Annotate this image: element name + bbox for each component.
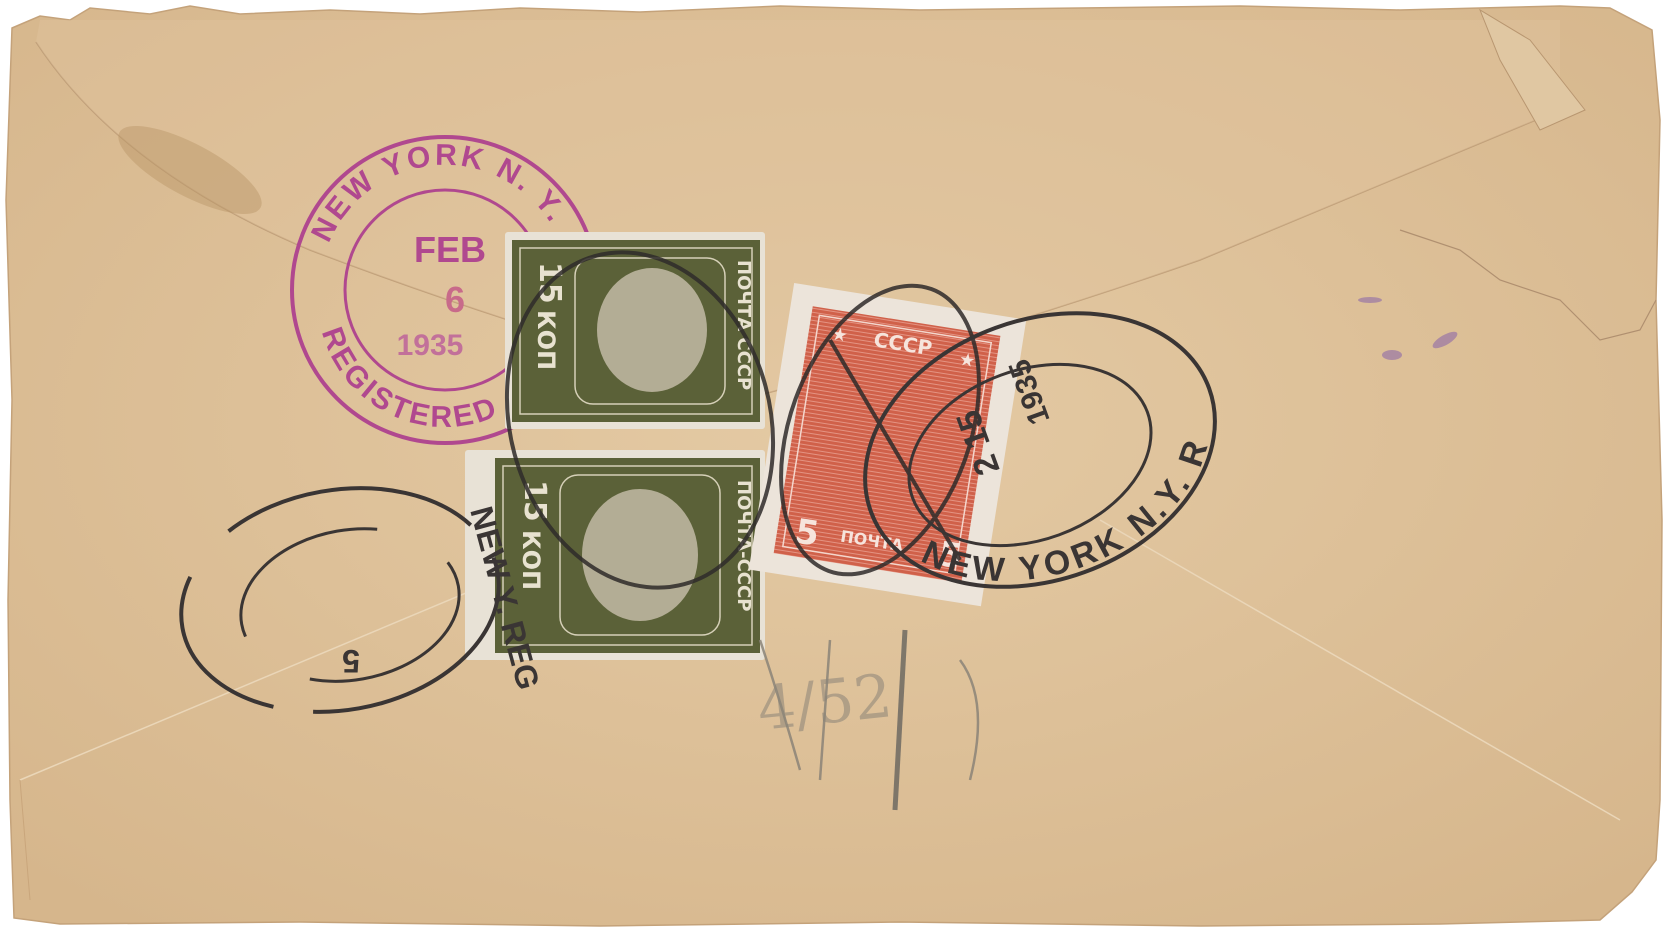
envelope-back: NEW YORK N. Y. REGISTERED FEB 6 1935 15 … <box>0 0 1672 934</box>
stamp-15-kop-top: 15 КОП ПОЧТА СССР <box>505 232 765 429</box>
postmark-month: FEB <box>414 229 486 270</box>
postmark-day: 6 <box>445 279 465 320</box>
svg-text:ПОЧТА-СССР: ПОЧТА-СССР <box>733 480 754 611</box>
pencil-note: 4/52 <box>754 661 895 745</box>
svg-text:КОП: КОП <box>532 310 560 370</box>
postmark-year: 1935 <box>397 329 464 362</box>
envelope-scene: NEW YORK N. Y. REGISTERED FEB 6 1935 15 … <box>0 0 1672 934</box>
left-postmark-day: 5 <box>342 643 360 679</box>
svg-text:КОП: КОП <box>517 530 545 590</box>
star-icon: ★ <box>958 349 977 371</box>
svg-text:ПОЧТА СССР: ПОЧТА СССР <box>733 260 754 390</box>
